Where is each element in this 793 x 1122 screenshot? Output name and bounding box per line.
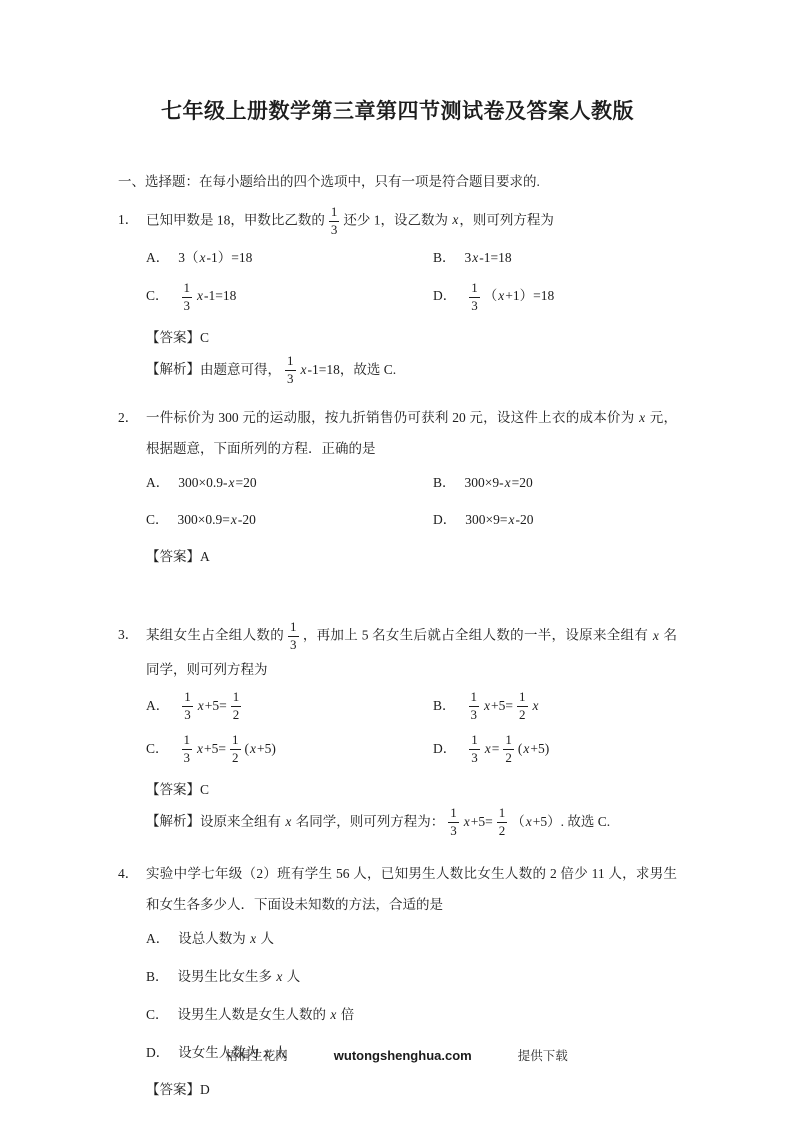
fraction-denominator: 2 [517, 708, 528, 723]
option-label: B． [146, 969, 169, 984]
text-run: 实验中学七年级（2）班有学生 56 人，已知男生人数比女生人数的 2 倍少 11… [146, 866, 677, 912]
answer-value: C [200, 782, 209, 797]
math-variable: x [463, 814, 471, 829]
text-run: 300×9- [465, 475, 504, 490]
fraction-denominator: 3 [288, 638, 299, 653]
fraction: 12 [497, 806, 508, 839]
question-3: 3． 某组女生占全组人数的13，再加上 5 名女生后就占全组人数的一半，设原来全… [118, 619, 677, 840]
answer-value: D [200, 1082, 210, 1097]
question-stem: 某组女生占全组人数的13，再加上 5 名女生后就占全组人数的一半，设原来全组有 … [146, 619, 677, 685]
explanation-text: 设原来全组有 x 名同学，则可列方程为：13x+5=12（x+5）. 故选 C. [200, 814, 610, 829]
document-title: 七年级上册数学第三章第四节测试卷及答案人教版 [118, 0, 677, 125]
option-label: C． [146, 512, 169, 527]
answer-label: 【答案】 [146, 330, 200, 345]
text-run: +5= [491, 698, 513, 713]
question-stem: 一件标价为 300 元的运动服，按九折销售仍可获利 20 元，设这件上衣的成本价… [146, 402, 677, 464]
text-run: -20 [238, 512, 256, 527]
fraction-denominator: 3 [469, 751, 480, 766]
text-run: +5= [205, 698, 227, 713]
math-variable: x [484, 741, 492, 756]
text-run: 300×9= [465, 512, 507, 527]
fraction-denominator: 3 [329, 223, 340, 238]
text-run: 设总人数为 [178, 931, 249, 946]
text-run: = [492, 741, 500, 756]
fraction-numerator: 1 [230, 733, 241, 748]
text-run: 已知甲数是 18，甲数比乙数的 [146, 212, 325, 227]
fraction-denominator: 2 [230, 751, 241, 766]
fraction-numerator: 1 [285, 354, 296, 369]
option-content: 13（x+1）=18 [465, 288, 554, 303]
text-run: 300×0.9- [178, 475, 227, 490]
math-variable: x [196, 741, 204, 756]
text-run: 名同学，则可列方程为： [292, 814, 444, 829]
fraction: 13 [469, 690, 480, 723]
fraction-denominator: 3 [469, 708, 480, 723]
fraction-numerator: 1 [182, 733, 193, 748]
fraction: 13 [288, 620, 299, 653]
option-A: A．13x+5=12 [146, 689, 433, 724]
option-label: B． [433, 475, 456, 490]
question-stem-row: 4． 实验中学七年级（2）班有学生 56 人，已知男生人数比女生人数的 2 倍少… [118, 858, 677, 920]
option-content: 设男生人数是女生人数的 x 倍 [178, 1007, 355, 1022]
text-run: =20 [512, 475, 533, 490]
explanation-line: 【解析】设原来全组有 x 名同学，则可列方程为：13x+5=12（x+5）. 故… [146, 805, 677, 840]
option-content: 300×9-x=20 [465, 475, 533, 490]
fraction-numerator: 1 [497, 806, 508, 821]
text-run: -20 [515, 512, 533, 527]
fraction: 13 [285, 354, 296, 387]
question-2: 2． 一件标价为 300 元的运动服，按九折销售仍可获利 20 元，设这件上衣的… [118, 402, 677, 571]
fraction: 12 [230, 733, 241, 766]
option-content: 设总人数为 x 人 [178, 931, 274, 946]
option-A: A．300×0.9-x=20 [146, 468, 433, 497]
text-run: 人 [257, 931, 274, 946]
explanation-line: 【解析】由题意可得，13x-1=18，故选 C. [146, 353, 677, 388]
page-footer: 梧桐生花网 wutongshenghua.com 提供下载 [0, 1046, 793, 1064]
text-run: （ [484, 288, 498, 303]
option-label: B． [433, 698, 456, 713]
answer-value: C [200, 330, 209, 345]
text-run: +5）. 故选 C. [533, 814, 610, 829]
text-run: +5) [257, 741, 276, 756]
fraction: 12 [231, 690, 242, 723]
text-run: -1=18，故选 C. [308, 362, 397, 377]
question-number: 3． [118, 619, 146, 650]
fraction-numerator: 1 [448, 806, 459, 821]
question-4: 4． 实验中学七年级（2）班有学生 56 人，已知男生人数比女生人数的 2 倍少… [118, 858, 677, 1105]
text-run: 设男生人数是女生人数的 [178, 1007, 330, 1022]
answer-label: 【答案】 [146, 1082, 200, 1097]
math-variable: x [525, 814, 533, 829]
option-label: C． [146, 741, 169, 756]
math-variable: x [249, 931, 257, 946]
fraction: 13 [448, 806, 459, 839]
option-content: 13x+5=12x [465, 698, 540, 713]
option-label: A． [146, 250, 169, 265]
question-stem: 已知甲数是 18，甲数比乙数的13还少 1，设乙数为 x，则可列方程为 [146, 204, 677, 239]
question-stem-row: 3． 某组女生占全组人数的13，再加上 5 名女生后就占全组人数的一半，设原来全… [118, 619, 677, 685]
option-label: A． [146, 931, 169, 946]
fraction-denominator: 2 [497, 824, 508, 839]
option-C: C．设男生人数是女生人数的 x 倍 [146, 1000, 677, 1029]
math-variable: x [652, 628, 660, 643]
fraction-numerator: 1 [469, 690, 480, 705]
explanation-label: 【解析】 [146, 814, 200, 829]
text-run: -1=18 [204, 288, 236, 303]
option-label: A． [146, 475, 169, 490]
document-page: 七年级上册数学第三章第四节测试卷及答案人教版 一、选择题：在每小题给出的四个选项… [0, 0, 793, 1122]
fraction-denominator: 3 [182, 299, 193, 314]
answer-line: 【答案】C [146, 324, 677, 352]
option-content: 300×9=x-20 [465, 512, 533, 527]
fraction-numerator: 1 [231, 690, 242, 705]
fraction-denominator: 3 [469, 299, 480, 314]
math-variable: x [504, 475, 512, 490]
option-B: B．设男生比女生多 x 人 [146, 962, 677, 991]
answer-line: 【答案】C [146, 776, 677, 804]
text-run: 3（ [178, 250, 198, 265]
fraction: 12 [503, 733, 514, 766]
option-B: B．3x-1=18 [433, 243, 677, 272]
option-label: D． [433, 741, 456, 756]
option-B: B．300×9-x=20 [433, 468, 677, 497]
math-variable: x [300, 362, 308, 377]
math-variable: x [532, 698, 540, 713]
explanation-label: 【解析】 [146, 362, 200, 377]
text-run: -1=18 [479, 250, 511, 265]
math-variable: x [230, 512, 238, 527]
math-variable: x [197, 698, 205, 713]
text-run: 人 [283, 969, 300, 984]
option-label: C． [146, 1007, 169, 1022]
text-run: +5) [530, 741, 549, 756]
option-C: C．13x+5=12(x+5) [146, 732, 433, 767]
text-run: 设原来全组有 [200, 814, 284, 829]
document-content: 七年级上册数学第三章第四节测试卷及答案人教版 一、选择题：在每小题给出的四个选项… [0, 0, 793, 1105]
text-run: （ [511, 814, 525, 829]
fraction-numerator: 1 [182, 690, 193, 705]
fraction: 13 [182, 733, 193, 766]
text-run: 还少 1，设乙数为 [343, 212, 451, 227]
footer-download-label: 提供下载 [518, 1046, 568, 1064]
text-run: 由题意可得， [200, 362, 281, 377]
fraction-numerator: 1 [503, 733, 514, 748]
fraction-denominator: 2 [503, 751, 514, 766]
option-content: 设男生比女生多 x 人 [178, 969, 301, 984]
text-run: 一件标价为 300 元的运动服，按九折销售仍可获利 20 元，设这件上衣的成本价… [146, 410, 638, 425]
option-C: C．13x-1=18 [146, 280, 433, 315]
fraction-denominator: 3 [448, 824, 459, 839]
option-content: 13x=12(x+5) [465, 741, 549, 756]
option-A: A．3（x-1）=18 [146, 243, 433, 272]
fraction-numerator: 1 [517, 690, 528, 705]
math-variable: x [483, 698, 491, 713]
text-run: =20 [235, 475, 256, 490]
option-content: 13x-1=18 [178, 288, 237, 303]
explanation-text: 由题意可得，13x-1=18，故选 C. [200, 362, 396, 377]
option-label: B． [433, 250, 456, 265]
question-stem: 实验中学七年级（2）班有学生 56 人，已知男生人数比女生人数的 2 倍少 11… [146, 858, 677, 920]
question-options: A．13x+5=12B．13x+5=12xC．13x+5=12(x+5)D．13… [146, 689, 677, 767]
fraction: 12 [517, 690, 528, 723]
footer-site-url: wutongshenghua.com [334, 1048, 472, 1063]
option-content: 13x+5=12(x+5) [178, 741, 276, 756]
fraction-denominator: 2 [231, 708, 242, 723]
option-C: C．300×0.9=x-20 [146, 505, 433, 534]
question-stem-row: 2． 一件标价为 300 元的运动服，按九折销售仍可获利 20 元，设这件上衣的… [118, 402, 677, 464]
fraction: 13 [329, 205, 340, 238]
fraction-numerator: 1 [288, 620, 299, 635]
option-B: B．13x+5=12x [433, 689, 677, 724]
questions-list: 1． 已知甲数是 18，甲数比乙数的13还少 1，设乙数为 x，则可列方程为 A… [118, 204, 677, 1105]
option-D: D．13x=12(x+5) [433, 732, 677, 767]
option-content: 13x+5=12 [178, 698, 245, 713]
footer-site-name: 梧桐生花网 [225, 1046, 288, 1064]
option-content: 300×0.9=x-20 [178, 512, 256, 527]
math-variable: x [199, 250, 207, 265]
answer-value: A [200, 549, 210, 564]
answer-label: 【答案】 [146, 549, 200, 564]
text-run: 设男生比女生多 [178, 969, 276, 984]
fraction: 13 [182, 281, 193, 314]
question-number: 2． [118, 402, 146, 433]
text-run: +5= [471, 814, 493, 829]
text-run: -1）=18 [207, 250, 253, 265]
fraction: 13 [469, 733, 480, 766]
option-label: D． [433, 512, 456, 527]
question-number: 1． [118, 204, 146, 235]
question-options: A．3（x-1）=18B．3x-1=18C．13x-1=18D．13（x+1）=… [146, 243, 677, 315]
text-run: 倍 [337, 1007, 354, 1022]
option-D: D．13（x+1）=18 [433, 280, 677, 315]
fraction-numerator: 1 [182, 281, 193, 296]
option-label: C． [146, 288, 169, 303]
question-1: 1． 已知甲数是 18，甲数比乙数的13还少 1，设乙数为 x，则可列方程为 A… [118, 204, 677, 388]
answer-line: 【答案】D [146, 1076, 677, 1104]
option-content: 300×0.9-x=20 [178, 475, 256, 490]
option-A: A．设总人数为 x 人 [146, 924, 677, 953]
option-label: D． [433, 288, 456, 303]
text-run: +1）=18 [505, 288, 554, 303]
section-heading: 一、选择题：在每小题给出的四个选项中，只有一项是符合题目要求的. [118, 171, 677, 194]
fraction-denominator: 3 [182, 708, 193, 723]
math-variable: x [249, 741, 257, 756]
fraction-numerator: 1 [329, 205, 340, 220]
answer-label: 【答案】 [146, 782, 200, 797]
option-label: A． [146, 698, 169, 713]
option-content: 3（x-1）=18 [178, 250, 252, 265]
fraction-denominator: 3 [285, 372, 296, 387]
fraction-numerator: 1 [469, 733, 480, 748]
fraction-denominator: 3 [182, 751, 193, 766]
text-run: ，则可列方程为 [459, 212, 554, 227]
fraction: 13 [469, 281, 480, 314]
fraction: 13 [182, 690, 193, 723]
option-content: 3x-1=18 [465, 250, 512, 265]
text-run: 某组女生占全组人数的 [146, 628, 284, 643]
question-stem-row: 1． 已知甲数是 18，甲数比乙数的13还少 1，设乙数为 x，则可列方程为 [118, 204, 677, 239]
math-variable: x [196, 288, 204, 303]
fraction-numerator: 1 [469, 281, 480, 296]
math-variable: x [638, 410, 646, 425]
text-run: +5= [204, 741, 226, 756]
option-D: D．300×9=x-20 [433, 505, 677, 534]
question-number: 4． [118, 858, 146, 889]
text-run: ，再加上 5 名女生后就占全组人数的一半，设原来全组有 [303, 628, 652, 643]
text-run: 300×0.9= [178, 512, 230, 527]
answer-line: 【答案】A [146, 543, 677, 571]
question-options: A．300×0.9-x=20B．300×9-x=20C．300×0.9=x-20… [146, 468, 677, 534]
